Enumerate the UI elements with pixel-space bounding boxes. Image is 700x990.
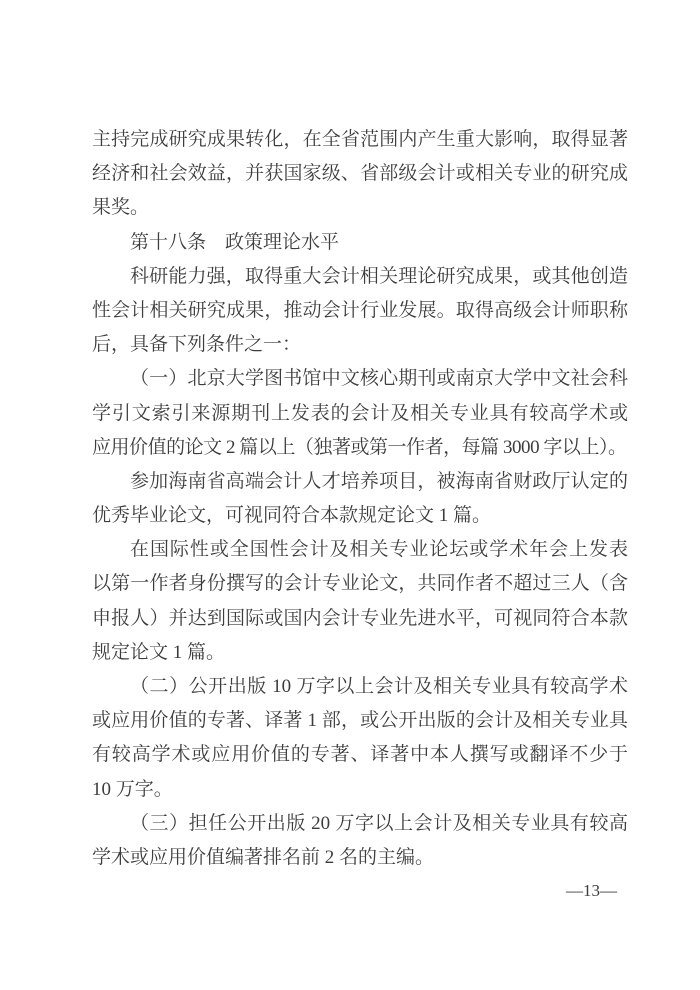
text-line: 学引文索引来源期刊上发表的会计及相关专业具有较高学术或 — [92, 397, 628, 431]
text-line: 在国际性或全国性会计及相关专业论坛或学术年会上发表 — [92, 533, 628, 567]
text-line: 学术或应用价值编著排名前 2 名的主编。 — [92, 841, 628, 875]
para-continuation: 主持完成研究成果转化，在全省范围内产生重大影响，取得显著经济和社会效益，并获国家… — [92, 123, 628, 226]
para-item-3: （三）担任公开出版 20 万字以上会计及相关专业具有较高学术或应用价值编著排名前… — [92, 807, 628, 875]
text-line: 经济和社会效益，并获国家级、省部级会计或相关专业的研究成 — [92, 157, 628, 191]
text-line: 果奖。 — [92, 191, 628, 225]
para-article-18-intro: 科研能力强，取得重大会计相关理论研究成果，或其他创造性会计相关研究成果，推动会计… — [92, 260, 628, 363]
text-line: 规定论文 1 篇。 — [92, 636, 628, 670]
text-line: 以第一作者身份撰写的会计专业论文，共同作者不超过三人（含 — [92, 567, 628, 601]
text-line: 或应用价值的专著、译著 1 部，或公开出版的会计及相关专业具 — [92, 704, 628, 738]
para-article-18-heading: 第十八条 政策理论水平 — [92, 226, 628, 260]
text-line: 主持完成研究成果转化，在全省范围内产生重大影响，取得显著 — [92, 123, 628, 157]
text-line: 参加海南省高端会计人才培养项目，被海南省财政厅认定的 — [92, 465, 628, 499]
para-item-1-forum: 在国际性或全国性会计及相关专业论坛或学术年会上发表以第一作者身份撰写的会计专业论… — [92, 533, 628, 670]
text-line: （三）担任公开出版 20 万字以上会计及相关专业具有较高 — [92, 807, 628, 841]
para-item-1-hainan: 参加海南省高端会计人才培养项目，被海南省财政厅认定的优秀毕业论文，可视同符合本款… — [92, 465, 628, 533]
document-body: 主持完成研究成果转化，在全省范围内产生重大影响，取得显著经济和社会效益，并获国家… — [92, 123, 628, 875]
text-line: 申报人）并达到国际或国内会计专业先进水平，可视同符合本款 — [92, 602, 628, 636]
text-line: （一）北京大学图书馆中文核心期刊或南京大学中文社会科 — [92, 362, 628, 396]
para-item-1: （一）北京大学图书馆中文核心期刊或南京大学中文社会科学引文索引来源期刊上发表的会… — [92, 362, 628, 465]
text-line: 第十八条 政策理论水平 — [92, 226, 628, 260]
text-line: 后，具备下列条件之一： — [92, 328, 628, 362]
document-page: 主持完成研究成果转化，在全省范围内产生重大影响，取得显著经济和社会效益，并获国家… — [0, 0, 700, 990]
text-line: 优秀毕业论文，可视同符合本款规定论文 1 篇。 — [92, 499, 628, 533]
text-line: 有较高学术或应用价值的专著、译著中本人撰写或翻译不少于 — [92, 738, 628, 772]
text-line: （二）公开出版 10 万字以上会计及相关专业具有较高学术 — [92, 670, 628, 704]
text-line: 性会计相关研究成果，推动会计行业发展。取得高级会计师职称 — [92, 294, 628, 328]
page-number: —13— — [566, 881, 617, 901]
text-line: 应用价值的论文 2 篇以上（独著或第一作者，每篇 3000 字以上）。 — [92, 431, 628, 465]
text-line: 科研能力强，取得重大会计相关理论研究成果，或其他创造 — [92, 260, 628, 294]
para-item-2: （二）公开出版 10 万字以上会计及相关专业具有较高学术或应用价值的专著、译著 … — [92, 670, 628, 807]
text-line: 10 万字。 — [92, 773, 628, 807]
